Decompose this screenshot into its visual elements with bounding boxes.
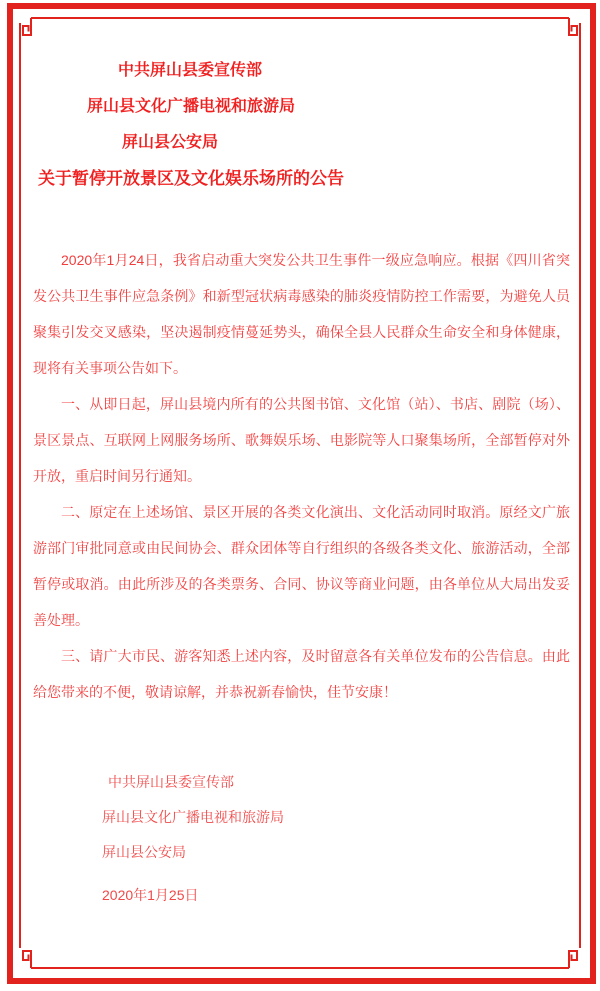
announcement-title: 关于暂停开放景区及文化娱乐场所的公告: [38, 161, 570, 197]
corner-ornament-top-left-icon: [23, 18, 31, 35]
issuing-org-2: 屏山县文化广播电视和旅游局: [87, 89, 570, 125]
signature-org-1: 中共屏山县委宣传部: [108, 765, 570, 800]
corner-ornament-bottom-left-icon: [23, 951, 31, 968]
corner-ornament-bottom-right-icon: [569, 951, 577, 968]
paragraph-intro: 2020年1月24日，我省启动重大突发公共卫生事件一级应急响应。根据《四川省突发…: [33, 242, 570, 386]
issuing-org-1: 中共屏山县委宣传部: [118, 53, 570, 89]
signature-org-3: 屏山县公安局: [102, 835, 570, 870]
announcement-body: 2020年1月24日，我省启动重大突发公共卫生事件一级应急响应。根据《四川省突发…: [33, 242, 570, 710]
announcement-content: 中共屏山县委宣传部 屏山县文化广播电视和旅游局 屏山县公安局 关于暂停开放景区及…: [33, 0, 570, 913]
signature-block: 中共屏山县委宣传部 屏山县文化广播电视和旅游局 屏山县公安局 2020年1月25…: [33, 765, 570, 913]
paragraph-item-2: 二、原定在上述场馆、景区开展的各类文化演出、文化活动同时取消。原经文广旅游部门审…: [33, 494, 570, 638]
corner-ornament-top-right-icon: [569, 18, 577, 35]
announcement-page: 中共屏山县委宣传部 屏山县文化广播电视和旅游局 屏山县公安局 关于暂停开放景区及…: [0, 0, 600, 991]
signature-date: 2020年1月25日: [102, 878, 570, 913]
issuing-org-3: 屏山县公安局: [122, 125, 570, 161]
paragraph-item-1: 一、从即日起，屏山县境内所有的公共图书馆、文化馆（站）、书店、剧院（场）、景区景…: [33, 386, 570, 494]
signature-org-2: 屏山县文化广播电视和旅游局: [102, 800, 570, 835]
paragraph-item-3: 三、请广大市民、游客知悉上述内容，及时留意各有关单位发布的公告信息。由此给您带来…: [33, 638, 570, 710]
